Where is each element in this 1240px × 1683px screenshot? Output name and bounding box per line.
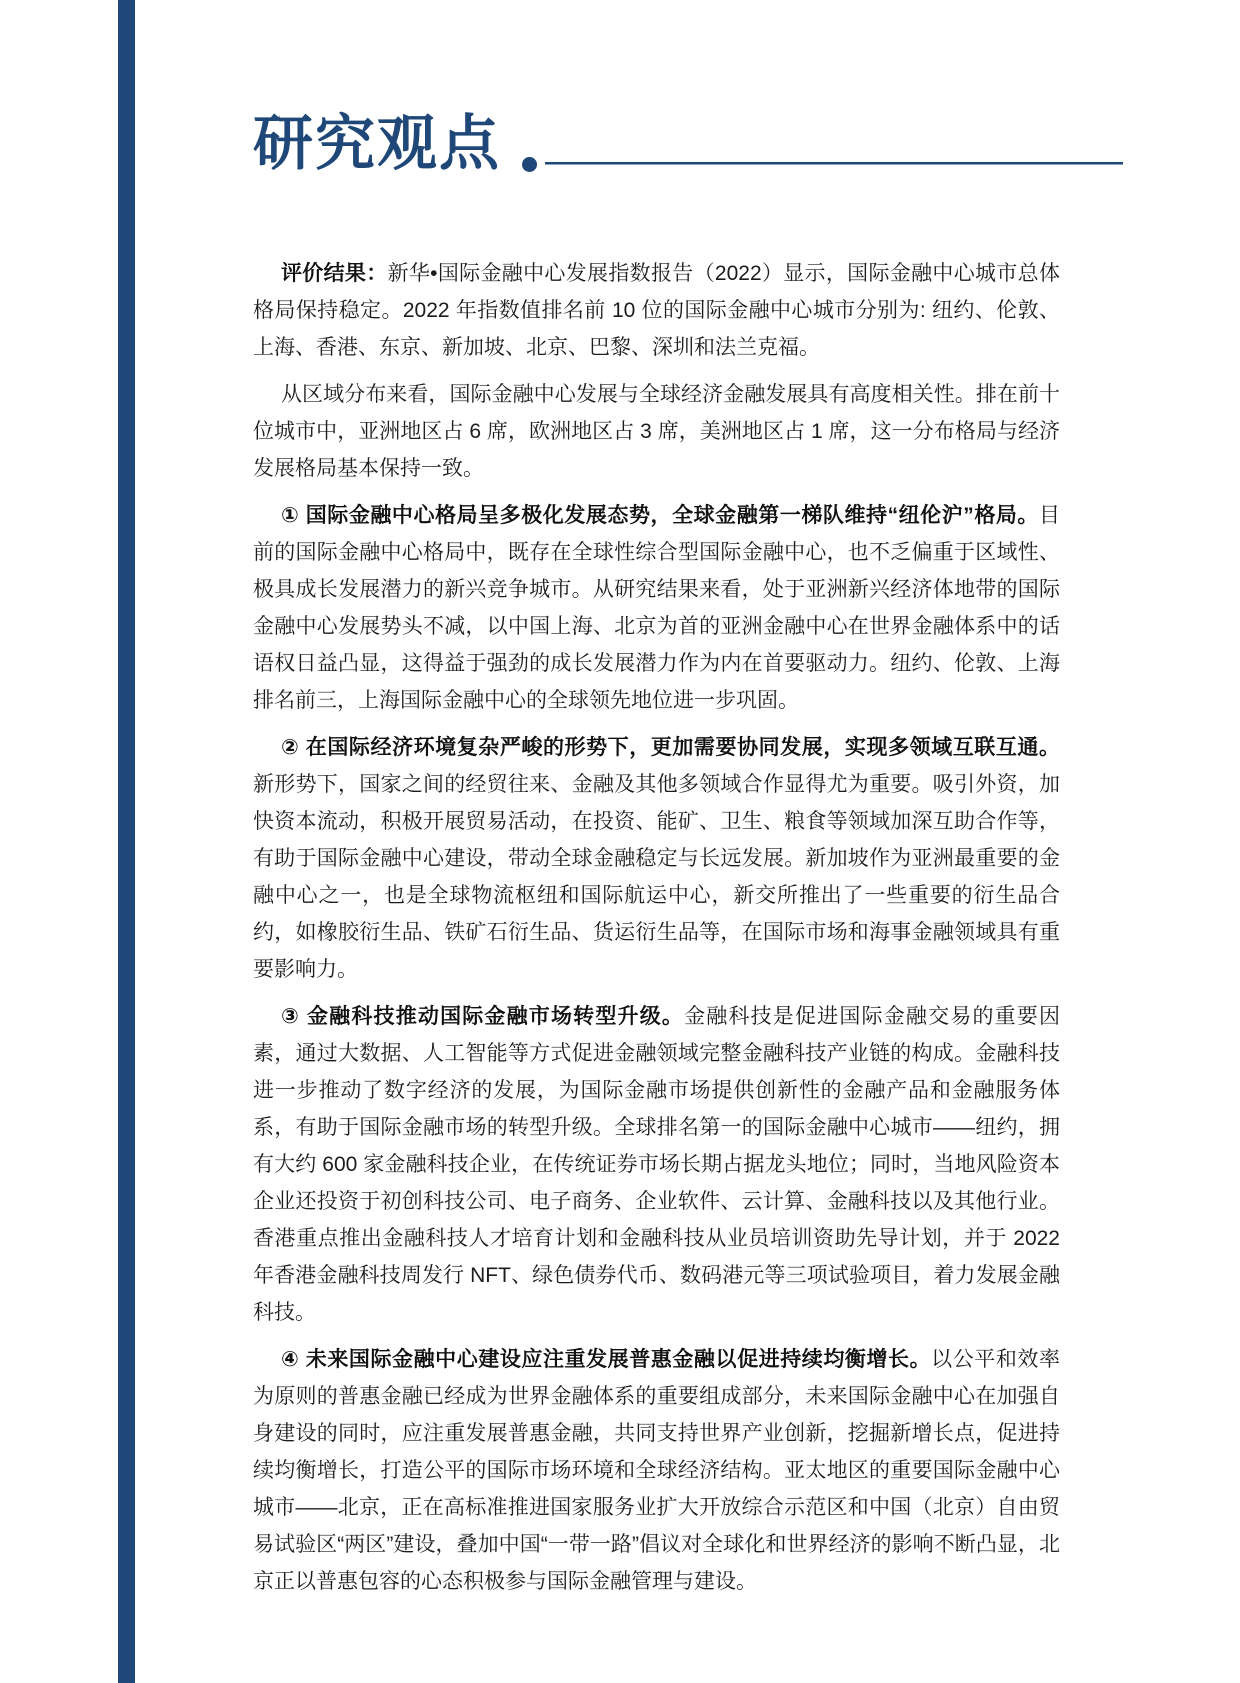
report-page: 研究观点 评价结果：新华•国际金融中心发展指数报告（2022）显示，国际金融中心… [0, 0, 1240, 1683]
paragraph-point-4: ④ 未来国际金融中心建设应注重发展普惠金融以促进持续均衡增长。以公平和效率为原则… [253, 1341, 1060, 1600]
paragraph-lead: 评价结果： [281, 262, 388, 285]
section-header: 研究观点 [253, 108, 1123, 198]
paragraph-text: 金融科技是促进国际金融交易的重要因素，通过大数据、人工智能等方式促进金融领域完整… [253, 1005, 1060, 1324]
paragraph-lead: ③ 金融科技推动国际金融市场转型升级。 [281, 1005, 684, 1028]
paragraph-text: 目前的国际金融中心格局中，既存在全球性综合型国际金融中心，也不乏偏重于区域性、极… [253, 504, 1060, 712]
paragraph-text: 新形势下，国家之间的经贸往来、金融及其他多领域合作显得尤为重要。吸引外资，加快资… [253, 773, 1060, 981]
paragraph-lead: ② 在国际经济环境复杂严峻的形势下，更加需要协同发展，实现多领域互联互通。 [281, 736, 1060, 759]
page-title: 研究观点 [253, 108, 501, 180]
title-bullet-dot [522, 157, 537, 172]
paragraph-evaluation-result: 评价结果：新华•国际金融中心发展指数报告（2022）显示，国际金融中心城市总体格… [253, 255, 1060, 366]
article-body: 评价结果：新华•国际金融中心发展指数报告（2022）显示，国际金融中心城市总体格… [253, 255, 1060, 1610]
paragraph-point-3: ③ 金融科技推动国际金融市场转型升级。金融科技是促进国际金融交易的重要因素，通过… [253, 998, 1060, 1331]
paragraph-lead: ④ 未来国际金融中心建设应注重发展普惠金融以促进持续均衡增长。 [281, 1348, 931, 1371]
paragraph-text: 以公平和效率为原则的普惠金融已经成为世界金融体系的重要组成部分，未来国际金融中心… [253, 1348, 1060, 1593]
paragraph-lead: ① 国际金融中心格局呈多极化发展态势，全球金融第一梯队维持“纽伦沪”格局。 [281, 504, 1039, 527]
paragraph-text: 从区域分布来看，国际金融中心发展与全球经济金融发展具有高度相关性。排在前十位城市… [253, 383, 1060, 480]
paragraph-regional-distribution: 从区域分布来看，国际金融中心发展与全球经济金融发展具有高度相关性。排在前十位城市… [253, 376, 1060, 487]
left-accent-bar [118, 0, 135, 1683]
paragraph-point-1: ① 国际金融中心格局呈多极化发展态势，全球金融第一梯队维持“纽伦沪”格局。目前的… [253, 497, 1060, 719]
paragraph-point-2: ② 在国际经济环境复杂严峻的形势下，更加需要协同发展，实现多领域互联互通。新形势… [253, 729, 1060, 988]
title-rule-line [545, 162, 1123, 165]
